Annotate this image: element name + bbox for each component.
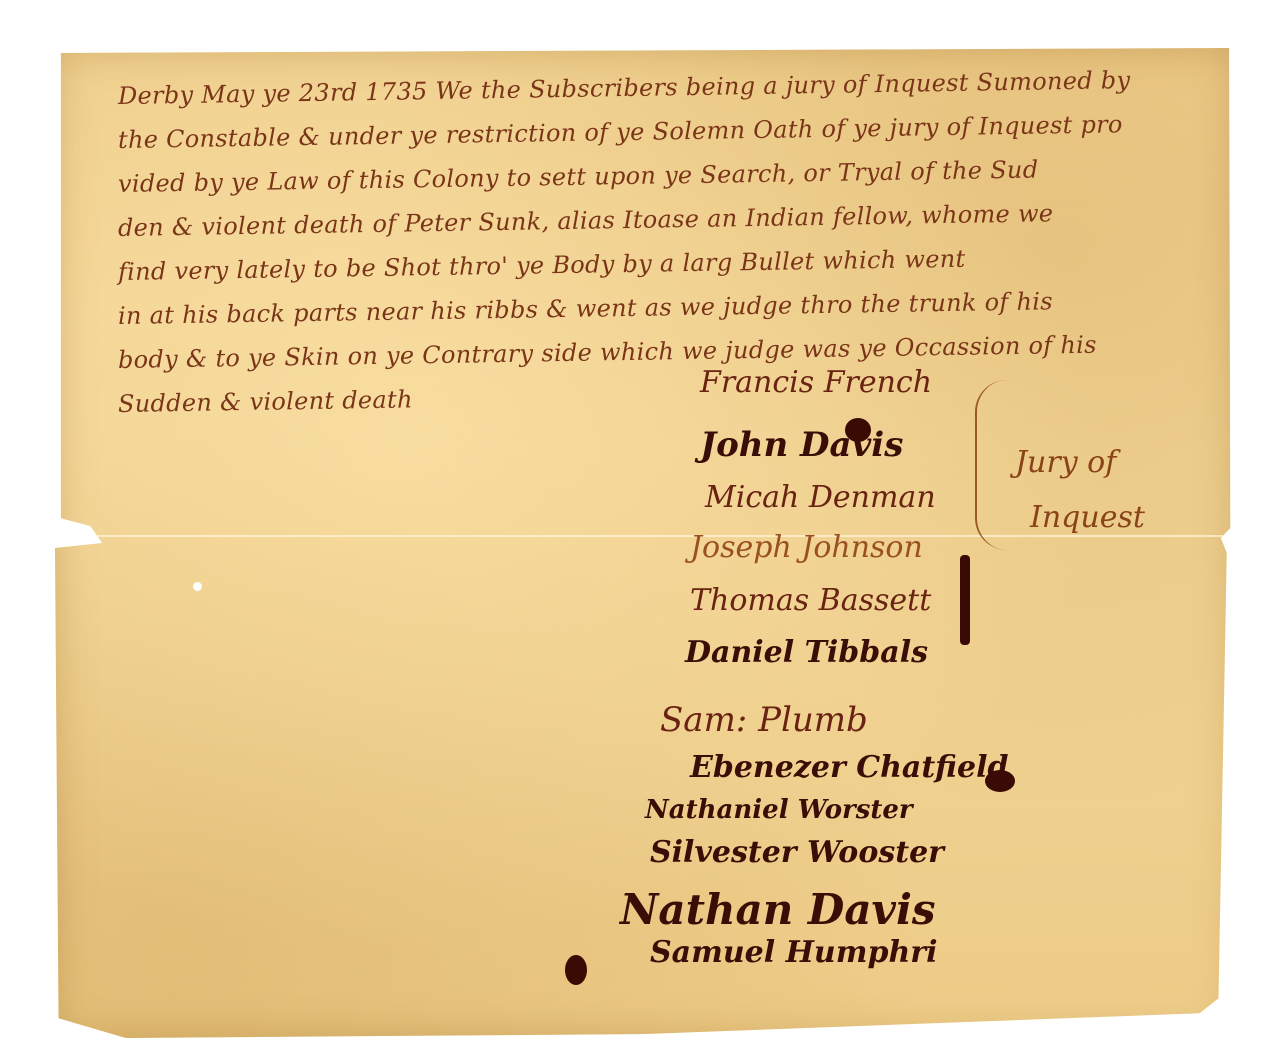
signature: Silvester Wooster (650, 835, 944, 870)
fold-crease (55, 535, 1235, 537)
signature: Thomas Bassett (690, 583, 931, 618)
ink-blot (845, 418, 871, 442)
signature: Joseph Johnson (690, 530, 923, 565)
signature: Nathan Davis (620, 885, 936, 934)
inquest-text-body: Derby May ye 23rd 1735 We the Subscriber… (118, 74, 1238, 426)
paper-hole (193, 582, 202, 591)
signature: Daniel Tibbals (685, 635, 928, 670)
signature: John Davis (700, 425, 903, 465)
signature: Samuel Humphri (650, 935, 937, 970)
bracket-label: Jury of (1015, 445, 1116, 480)
ink-blot (985, 770, 1015, 792)
bracket-label: Inquest (1030, 500, 1145, 535)
signature: Micah Denman (705, 480, 936, 515)
signature: Ebenezer Chatfield (690, 750, 1008, 785)
signature: Sam: Plumb (660, 700, 868, 740)
signature: Nathaniel Worster (645, 795, 913, 825)
ink-blot (565, 955, 587, 985)
signature: Francis French (700, 365, 932, 400)
jury-bracket (975, 380, 1007, 550)
ink-stroke (960, 555, 970, 645)
